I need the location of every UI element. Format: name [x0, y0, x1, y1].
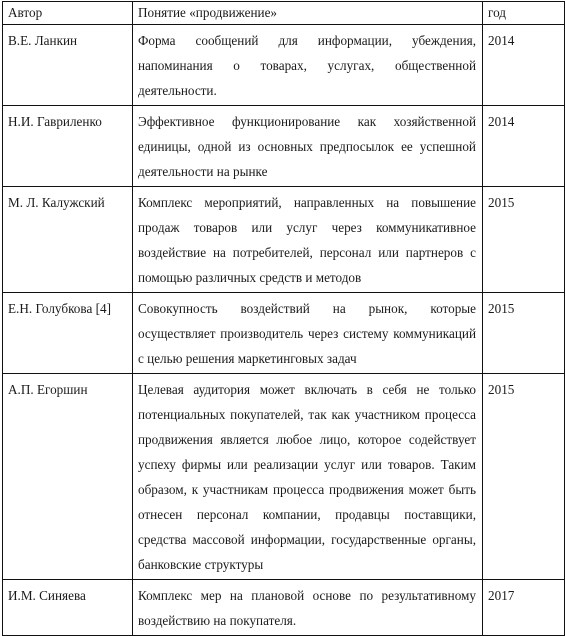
definition-cell: Совокупность воздействий на рынок, котор…: [133, 293, 483, 374]
definition-cell: Комплекс мероприятий, направленных на по…: [133, 187, 483, 293]
author-cell: Н.И. Гавриленко: [3, 106, 133, 187]
author-cell: А.П. Егоршин: [3, 374, 133, 579]
header-concept: Понятие «продвижение»: [133, 2, 483, 25]
table-row: Н.И. Гавриленко Эффективное функциониров…: [3, 106, 565, 187]
year-cell: 2015: [483, 187, 565, 293]
table-header-row: Автор Понятие «продвижение» год: [3, 2, 565, 25]
table-row: Е.Н. Голубкова [4] Совокупность воздейст…: [3, 293, 565, 374]
author-cell: Е.Н. Голубкова [4]: [3, 293, 133, 374]
definition-cell: Форма сообщений для информации, убеждени…: [133, 25, 483, 106]
author-cell: М. Л. Калужский: [3, 187, 133, 293]
year-cell: 2015: [483, 374, 565, 579]
promotion-definitions-table: Автор Понятие «продвижение» год В.Е. Лан…: [2, 1, 565, 578]
definition-cell: Эффективное функционирование как хозяйст…: [133, 106, 483, 187]
year-cell: 2015: [483, 293, 565, 374]
table-row: А.П. Егоршин Целевая аудитория может вкл…: [3, 374, 565, 579]
table-row: М. Л. Калужский Комплекс мероприятий, на…: [3, 187, 565, 293]
definition-cell: Целевая аудитория может включать в себя …: [133, 374, 483, 579]
table-row: В.Е. Ланкин Форма сообщений для информац…: [3, 25, 565, 106]
year-cell: 2014: [483, 106, 565, 187]
header-author: Автор: [3, 2, 133, 25]
year-cell: 2014: [483, 25, 565, 106]
author-cell: В.Е. Ланкин: [3, 25, 133, 106]
header-year: год: [483, 2, 565, 25]
